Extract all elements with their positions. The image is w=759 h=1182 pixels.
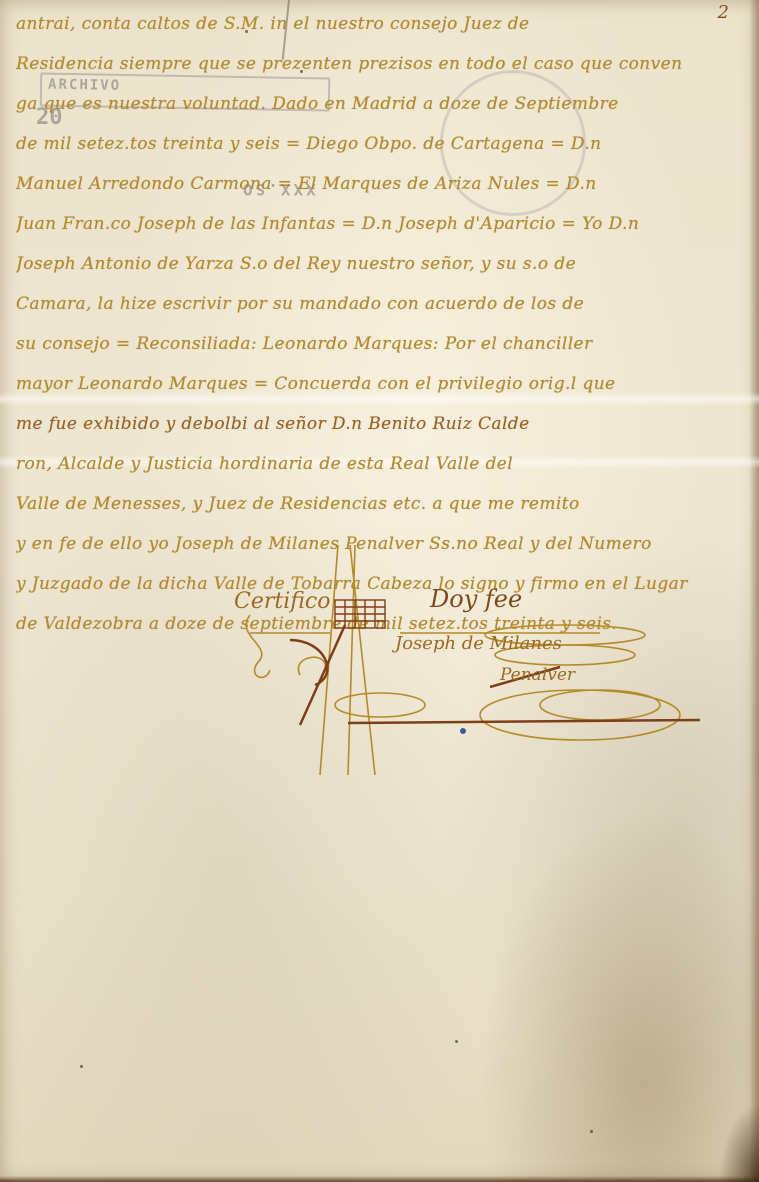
- paper-speck: [80, 1065, 83, 1068]
- signature-line-2: Joseph de Milanes: [395, 633, 562, 654]
- text-line: ron, Alcalde y Justicia hordinaria de es…: [16, 446, 741, 486]
- notary-signature-block: Certifico Doy fee Joseph de Milanes Pena…: [230, 545, 710, 775]
- attestation-word: Certifico: [234, 589, 331, 614]
- text-line: Manuel Arredondo Carmona = El Marques de…: [16, 166, 741, 206]
- signature-line-3: Penalver: [500, 665, 575, 685]
- text-line: Camara, la hize escrivir por su mandado …: [16, 286, 741, 326]
- page-edge-shadow: [749, 0, 759, 1182]
- paper-speck: [590, 1130, 593, 1133]
- blue-ink-dot: [460, 728, 466, 734]
- text-line: Joseph Antonio de Yarza S.o del Rey nues…: [16, 246, 741, 286]
- text-line: antrai, conta caltos de S.M. in el nuest…: [16, 6, 741, 46]
- text-line: ga que es nuestra voluntad. Dado en Madr…: [16, 86, 741, 126]
- text-line: de mil setez.tos treinta y seis = Diego …: [16, 126, 741, 166]
- signature-line-1: Doy fee: [430, 585, 522, 613]
- paper-speck: [300, 70, 303, 73]
- text-line: me fue exhibido y debolbi al señor D.n B…: [16, 406, 741, 446]
- text-line: mayor Leonardo Marques = Concuerda con e…: [16, 366, 741, 406]
- corner-damage: [719, 1102, 759, 1182]
- text-line: Valle de Menesses, y Juez de Residencias…: [16, 486, 741, 526]
- paper-speck: [455, 1040, 458, 1043]
- text-line: Residencia siempre que se prezenten prez…: [16, 46, 741, 86]
- text-line: su consejo = Reconsiliada: Leonardo Marq…: [16, 326, 741, 366]
- notary-sign-flourish-icon: [230, 545, 710, 775]
- page-bottom-edge: [0, 1176, 759, 1182]
- paper-speck: [245, 30, 248, 33]
- text-line: Juan Fran.co Joseph de las Infantas = D.…: [16, 206, 741, 246]
- manuscript-page: ARCHIVO 20 XXX.SO 2 antrai, conta caltos…: [0, 0, 759, 1182]
